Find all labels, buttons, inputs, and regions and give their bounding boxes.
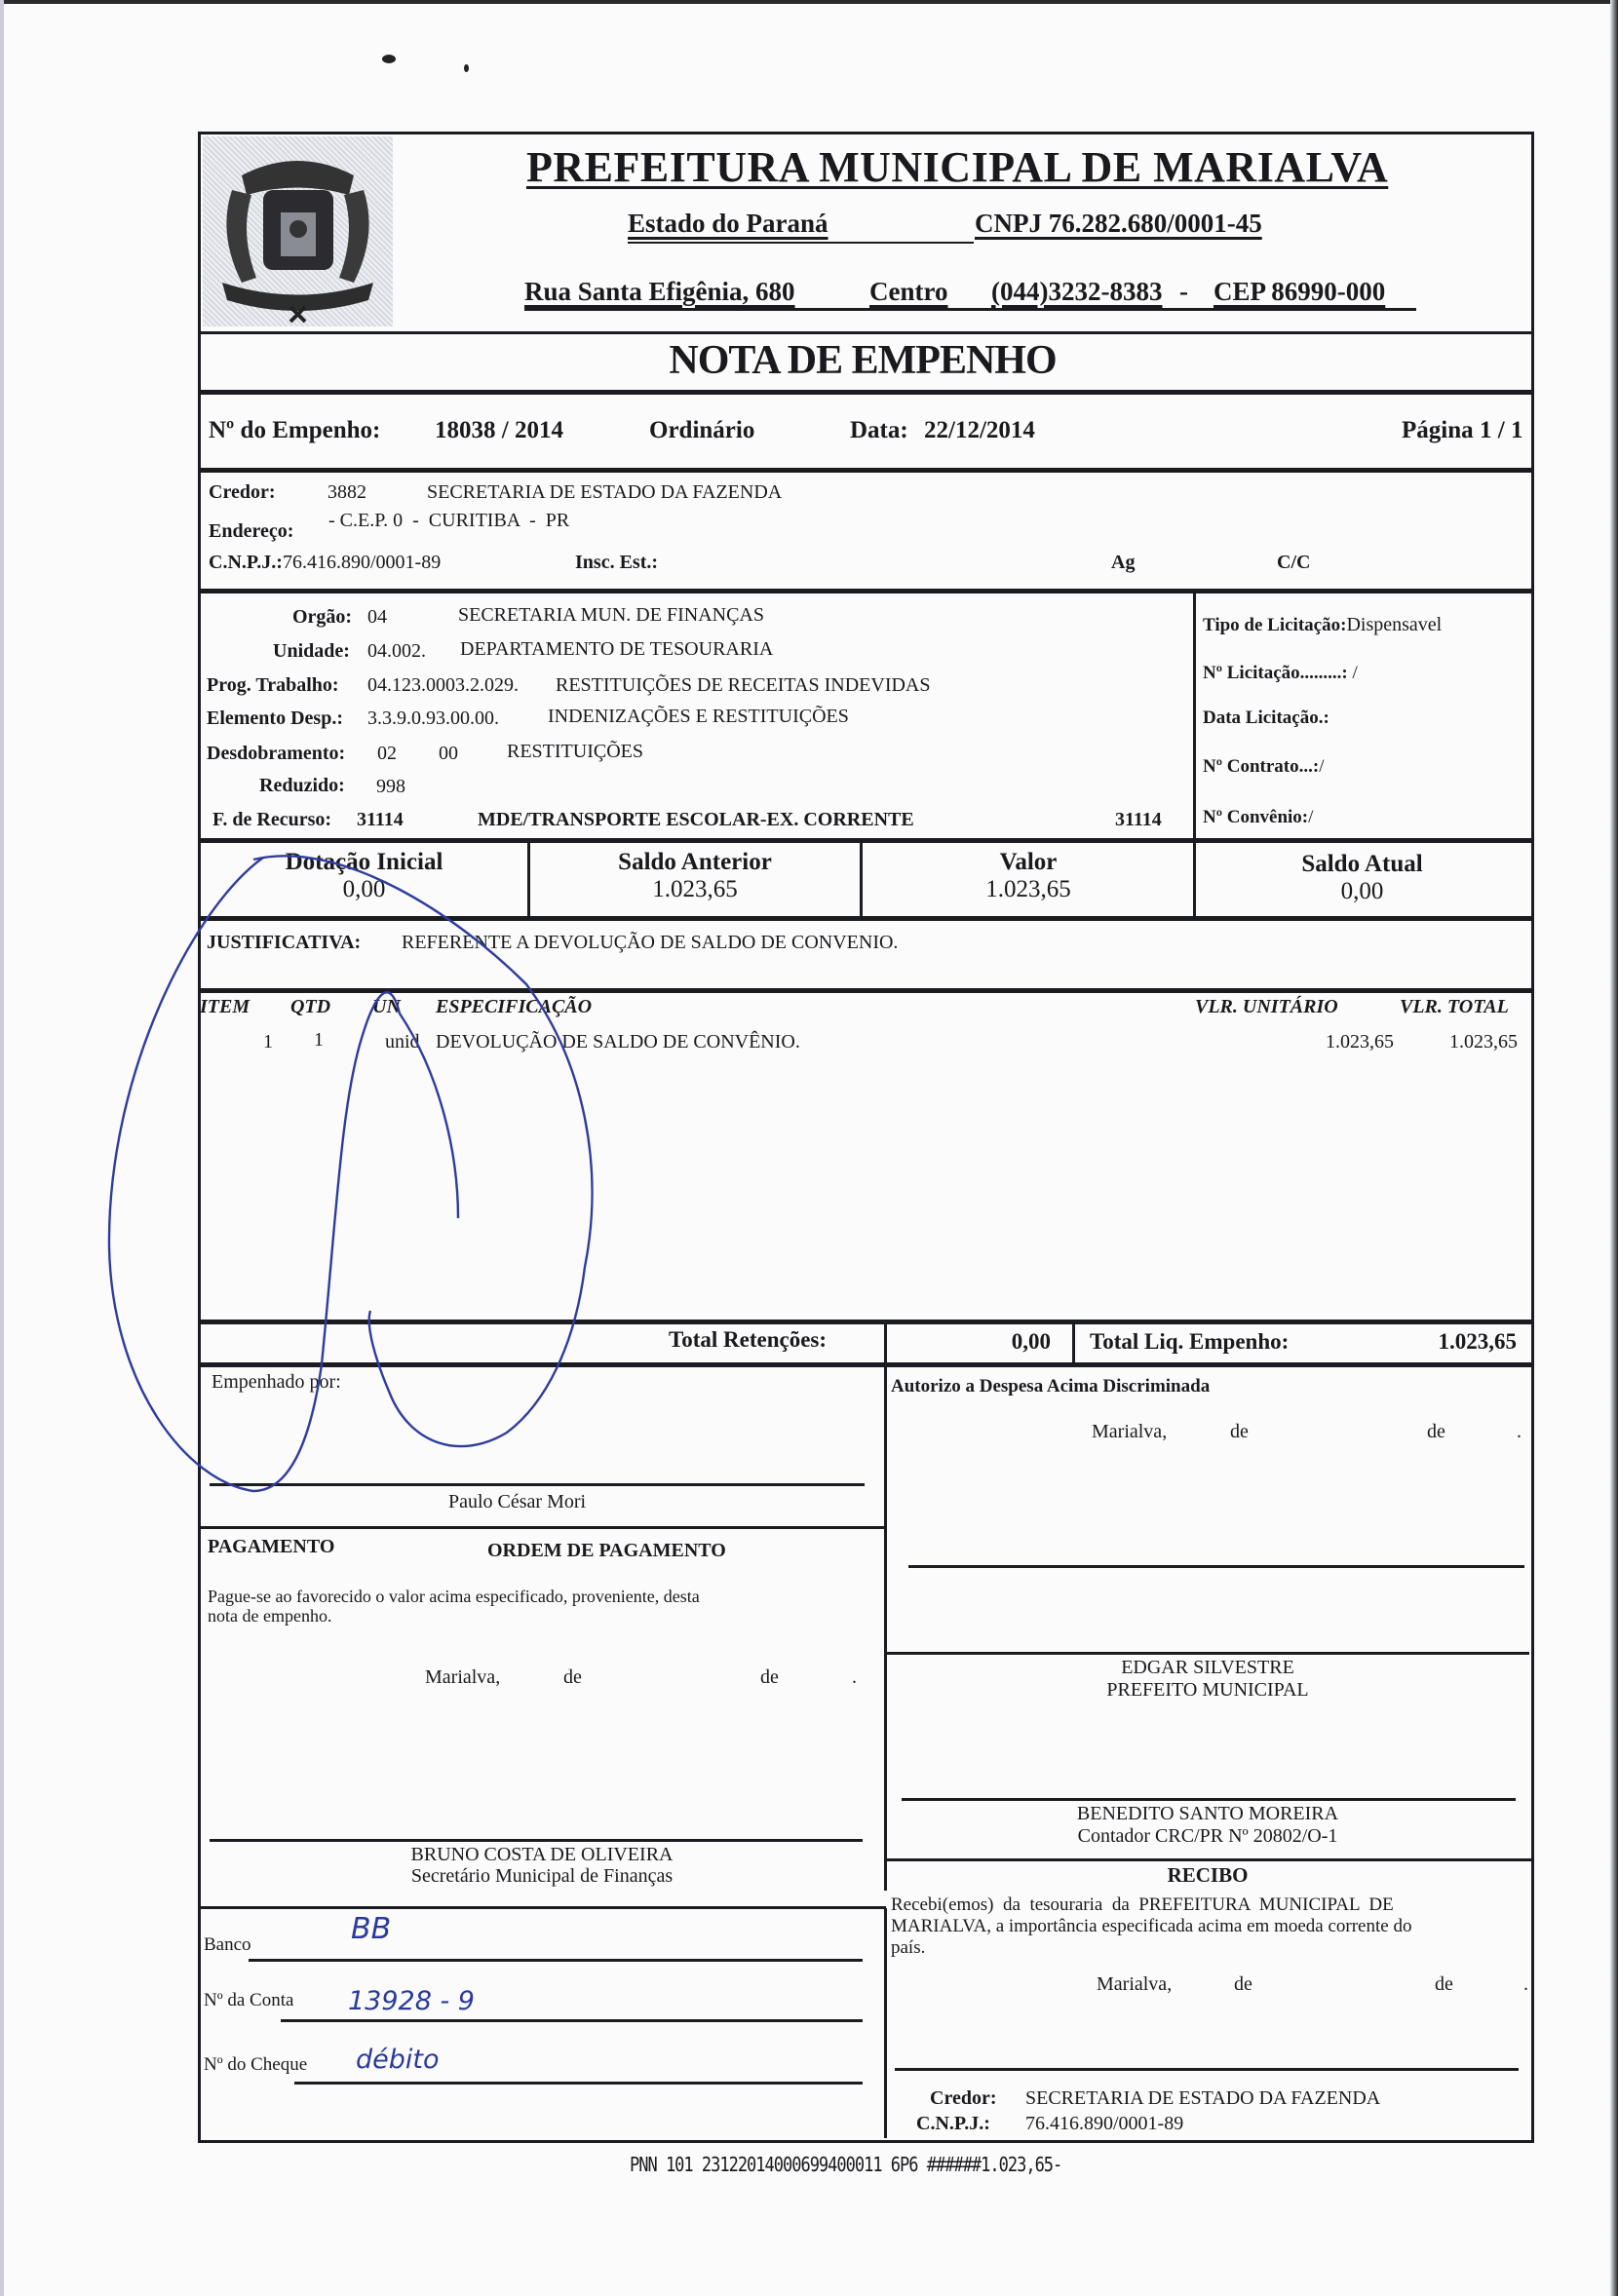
city-cnpj: CNPJ 76.282.680/0001-45: [975, 209, 1262, 239]
address: Rua Santa Efigênia, 680: [524, 277, 795, 307]
elemento-code: 3.3.9.0.93.00.00.: [367, 708, 499, 730]
prog-trabalho-label: Prog. Trabalho:: [207, 674, 339, 697]
balance-value: 1.023,65: [530, 876, 860, 903]
pagamento-text-line-2: nota de empenho.: [208, 1606, 700, 1626]
empenho-number: 18038 / 2014: [435, 417, 563, 444]
secretary-title: Secretário Municipal de Finanças: [198, 1865, 886, 1887]
fonte-recurso-name: MDE/TRANSPORTE ESCOLAR-EX. CORRENTE: [478, 809, 914, 831]
credor-label: Credor:: [209, 481, 276, 504]
fonte-recurso-code-right: 31114: [1115, 809, 1162, 831]
col-header-especificacao: ESPECIFICAÇÃO: [436, 996, 592, 1018]
agency-label: Ag: [1111, 552, 1135, 574]
reduzido-value: 998: [376, 776, 405, 798]
cheque-field-line: [294, 2082, 863, 2085]
divider: [198, 1906, 886, 1909]
secretary-signature-block: BRUNO COSTA DE OLIVEIRA Secretário Munic…: [198, 1844, 886, 1887]
item-un: unid: [385, 1031, 420, 1053]
date-label: Data:: [850, 417, 908, 444]
numero-contrato-label: Nº Contrato...:: [1203, 756, 1319, 777]
divider: [198, 1526, 886, 1529]
autorizo-city: Marialva,: [1092, 1421, 1167, 1443]
col-header-un: UN: [372, 996, 401, 1018]
total-retencoes-value: 0,00: [887, 1329, 1051, 1355]
recibo-city: Marialva,: [1097, 1973, 1172, 1996]
recibo-dot: .: [1523, 1973, 1528, 1996]
state-label: Estado do Paraná: [628, 209, 828, 239]
divider: [198, 589, 1531, 593]
data-licitacao-label: Data Licitação.:: [1203, 708, 1329, 729]
divider: [198, 331, 1531, 334]
insc-est-label: Insc. Est.:: [575, 552, 658, 574]
autorizo-de-2: de: [1427, 1421, 1445, 1443]
divider: [884, 1858, 1531, 1861]
divider: [198, 390, 1531, 395]
page-number: 1 / 1: [1480, 417, 1522, 444]
recibo-text-line-3: país.: [891, 1937, 1524, 1959]
recibo-text-line-2: MARIALVA, a importância especificada aci…: [891, 1916, 1524, 1937]
recibo-credor-name: SECRETARIA DE ESTADO DA FAZENDA: [1025, 2087, 1380, 2110]
desdobramento-label: Desdobramento:: [207, 743, 345, 765]
divider: [198, 1320, 1531, 1324]
numero-licitacao-value: /: [1353, 663, 1358, 683]
pagamento-label: PAGAMENTO: [208, 1536, 334, 1558]
desdobramento-code-2: 00: [439, 743, 458, 765]
pagamento-city: Marialva,: [425, 1666, 500, 1689]
balance-label: Valor: [863, 849, 1194, 876]
empenho-type: Ordinário: [649, 417, 754, 444]
banco-field-line: [249, 1959, 863, 1962]
recibo-credor-label: Credor:: [930, 2087, 997, 2110]
balance-valor: Valor 1.023,65: [863, 843, 1194, 916]
elemento-label: Elemento Desp.:: [207, 708, 343, 730]
divider: [198, 468, 1531, 473]
scan-speck: [382, 55, 396, 63]
numero-contrato-value: /: [1319, 756, 1324, 777]
recibo-de-1: de: [1234, 1973, 1252, 1996]
signature-line: [895, 2068, 1519, 2071]
item-especificacao: DEVOLUÇÃO DE SALDO DE CONVÊNIO.: [436, 1031, 800, 1053]
header-underline: [524, 308, 1416, 311]
col-header-item: ITEM: [200, 996, 250, 1018]
ordem-pagamento-title: ORDEM DE PAGAMENTO: [487, 1540, 726, 1562]
column-divider: [1072, 1321, 1075, 1365]
footer-code: PNN 101 23122014000699400011 6P6 ######1…: [630, 2154, 1061, 2177]
desdobramento-code-1: 02: [377, 743, 397, 765]
page-label: Página: [1402, 417, 1474, 444]
balance-saldo-anterior: Saldo Anterior 1.023,65: [530, 843, 860, 916]
item-number: 1: [263, 1031, 273, 1053]
balance-value: 0,00: [1196, 878, 1528, 905]
conta-label: Nº da Conta: [204, 1990, 293, 2011]
doc-title: NOTA DE EMPENHO: [0, 337, 1618, 384]
banco-field[interactable]: BB: [351, 1912, 391, 1946]
prog-trabalho-name: RESTITUIÇÕES DE RECEITAS INDEVIDAS: [556, 674, 931, 697]
signature-line: [902, 1798, 1516, 1801]
divider: [886, 1652, 1529, 1655]
col-header-qtd: QTD: [290, 996, 330, 1018]
signature-line: [908, 1565, 1524, 1568]
fonte-recurso-code: 31114: [357, 809, 404, 831]
column-divider: [1193, 589, 1196, 840]
pagamento-text: Pague-se ao favorecido o valor acima esp…: [208, 1587, 700, 1626]
numero-convenio-value: /: [1308, 807, 1313, 827]
balance-label: Saldo Anterior: [530, 849, 860, 876]
numero-contrato: Nº Contrato...:/: [1203, 756, 1324, 778]
accountant-name: BENEDITO SANTO MOREIRA: [886, 1803, 1529, 1825]
divider: [198, 1362, 1531, 1367]
recibo-cnpj: 76.416.890/0001-89: [1025, 2113, 1183, 2135]
autorizo-de-1: de: [1230, 1421, 1249, 1443]
numero-convenio-label: Nº Convênio:: [1203, 807, 1308, 827]
banco-label: Banco: [204, 1934, 251, 1956]
signature-line: [210, 1839, 863, 1842]
tipo-licitacao: Tipo de Licitação:Dispensavel: [1203, 614, 1442, 636]
justificativa-label: JUSTIFICATIVA:: [207, 932, 361, 954]
credor-name: SECRETARIA DE ESTADO DA FAZENDA: [427, 481, 782, 504]
recibo-de-2: de: [1435, 1973, 1453, 1996]
numero-convenio: Nº Convênio:/: [1203, 807, 1313, 828]
header-separator: -: [1179, 277, 1188, 307]
secretary-name: BRUNO COSTA DE OLIVEIRA: [198, 1844, 886, 1865]
cep: CEP 86990-000: [1213, 277, 1385, 307]
reduzido-label: Reduzido:: [259, 775, 345, 797]
balance-label: Saldo Atual: [1196, 851, 1528, 878]
recibo-text: Recebi(emos) da tesouraria da PREFEITURA…: [891, 1894, 1524, 1959]
conta-field[interactable]: 13928 - 9: [348, 1986, 475, 2016]
fonte-recurso-label: F. de Recurso:: [212, 809, 331, 831]
phone: (044)3232-8383: [991, 277, 1162, 307]
credor-address: - C.E.P. 0 - CURITIBA - PR: [328, 510, 569, 532]
empenho-number-label: Nº do Empenho:: [209, 417, 380, 444]
cnpj-label: C.N.P.J.:: [209, 552, 283, 574]
account-label: C/C: [1277, 552, 1310, 574]
pagamento-de-1: de: [563, 1666, 582, 1689]
orgao-code: 04: [367, 606, 387, 629]
balance-value: 0,00: [201, 876, 527, 903]
empenhado-por-label: Empenhado por:: [212, 1371, 341, 1394]
column-divider: [884, 1908, 887, 2138]
orgao-name: SECRETARIA MUN. DE FINANÇAS: [458, 604, 764, 627]
empenhado-signer: Paulo César Mori: [448, 1491, 586, 1513]
coat-of-arms-icon: [203, 136, 393, 326]
autorizo-label: Autorizo a Despesa Acima Discriminada: [891, 1376, 1210, 1397]
item-vlr-unitario: 1.023,65: [1272, 1031, 1394, 1053]
col-header-vlr-unitario: VLR. UNITÁRIO: [1195, 996, 1338, 1018]
unidade-name: DEPARTAMENTO DE TESOURARIA: [460, 638, 773, 661]
scan-edge-top: [0, 0, 1618, 4]
item-vlr-total: 1.023,65: [1399, 1031, 1518, 1053]
divider: [198, 988, 1531, 993]
recibo-cnpj-label: C.N.P.J.:: [916, 2113, 990, 2135]
divider: [198, 916, 1531, 921]
header-underline: [628, 242, 974, 244]
cheque-field[interactable]: débito: [356, 2045, 440, 2075]
empenho-date: 22/12/2014: [924, 417, 1035, 444]
pagamento-dot: .: [852, 1666, 857, 1689]
page-title: PREFEITURA MUNICIPAL DE MARIALVA: [526, 142, 1388, 192]
prog-trabalho-code: 04.123.0003.2.029.: [367, 674, 519, 697]
balance-dotacao-inicial: Dotação Inicial 0,00: [201, 843, 527, 916]
conta-field-line: [281, 2019, 863, 2022]
cheque-label: Nº do Cheque: [204, 2054, 307, 2076]
pagamento-text-line-1: Pague-se ao favorecido o valor acima esp…: [208, 1587, 700, 1606]
elemento-name: INDENIZAÇÕES E RESTITUIÇÕES: [548, 706, 849, 728]
mayor-title: PREFEITO MUNICIPAL: [886, 1679, 1529, 1702]
logo-divider: [395, 134, 398, 329]
table-row: 1 1 unid DEVOLUÇÃO DE SALDO DE CONVÊNIO.…: [200, 1029, 1525, 1058]
total-retencoes-label: Total Retenções:: [669, 1327, 827, 1353]
balance-value: 1.023,65: [863, 876, 1194, 903]
accountant-signature-block: BENEDITO SANTO MOREIRA Contador CRC/PR N…: [886, 1803, 1529, 1848]
scan-speck: [464, 64, 469, 72]
credor-cnpj: 76.416.890/0001-89: [283, 552, 441, 574]
mayor-name: EDGAR SILVESTRE: [886, 1657, 1529, 1679]
item-qtd: 1: [314, 1029, 324, 1052]
numero-licitacao: Nº Licitação.........: /: [1203, 663, 1358, 684]
unidade-label: Unidade:: [273, 640, 350, 663]
recibo-title: RECIBO: [886, 1863, 1529, 1888]
tipo-licitacao-label: Tipo de Licitação:: [1203, 615, 1346, 635]
tipo-licitacao-value: Dispensavel: [1346, 614, 1442, 635]
orgao-label: Orgão:: [292, 606, 352, 629]
desdobramento-name: RESTITUIÇÕES: [507, 741, 643, 763]
pagamento-de-2: de: [760, 1666, 779, 1689]
district: Centro: [869, 277, 948, 307]
total-liquido-value: 1.023,65: [1365, 1329, 1517, 1355]
recibo-text-line-1: Recebi(emos) da tesouraria da PREFEITURA…: [891, 1894, 1524, 1916]
address-label: Endereço:: [209, 520, 293, 543]
balance-saldo-atual: Saldo Atual 0,00: [1196, 843, 1528, 916]
numero-licitacao-label: Nº Licitação.........:: [1203, 663, 1348, 683]
mayor-signature-block: EDGAR SILVESTRE PREFEITO MUNICIPAL: [886, 1657, 1529, 1702]
accountant-title: Contador CRC/PR Nº 20802/O-1: [886, 1825, 1529, 1848]
total-liquido-label: Total Liq. Empenho:: [1090, 1329, 1289, 1355]
autorizo-dot: .: [1517, 1421, 1522, 1443]
unidade-code: 04.002.: [367, 640, 426, 663]
col-header-vlr-total: VLR. TOTAL: [1400, 996, 1509, 1018]
balance-label: Dotação Inicial: [201, 849, 527, 876]
justificativa-text: REFERENTE A DEVOLUÇÃO DE SALDO DE CONVEN…: [402, 932, 898, 954]
signature-line: [210, 1483, 865, 1486]
credor-code: 3882: [327, 481, 366, 504]
